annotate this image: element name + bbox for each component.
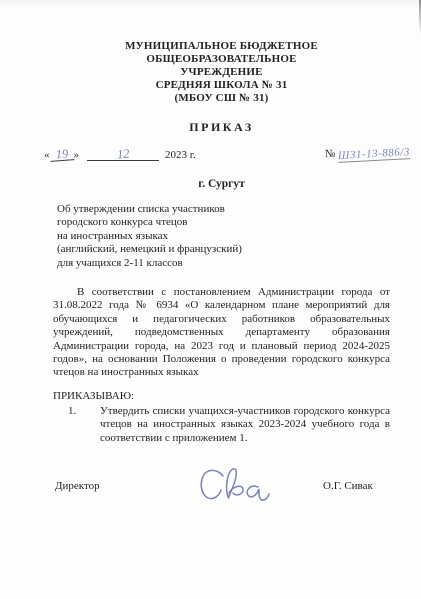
handwritten-signature (191, 460, 301, 518)
signer-role: Директор (55, 480, 100, 492)
org-name-line-3: СРЕДНЯЯ ШКОЛА № 31 (53, 79, 390, 92)
order-item-1: 1. Утвердить списки учащихся-участников … (53, 405, 390, 445)
order-item-number: 1. (53, 405, 100, 445)
open-quote: « (44, 149, 50, 161)
handwritten-month: 12 (116, 147, 130, 160)
signature-row: Директор О.Г. Сивак (53, 474, 390, 518)
subject-line-2: городского конкурса чтецов (57, 216, 390, 229)
year-label: 2023 г. (165, 149, 196, 161)
subject-line-4: (английский, немецкий и французский) (57, 243, 390, 256)
subject-block: Об утверждении списка участников городск… (57, 203, 390, 270)
handwritten-order-number: Ш31-13-886/3 (338, 146, 410, 163)
order-item-text: Утвердить списки учащихся-участников гор… (100, 405, 390, 445)
subject-line-3: на иностранных языках (57, 230, 390, 243)
number-sign: № (325, 148, 336, 160)
document-content: МУНИЦИПАЛЬНОЕ БЮДЖЕТНОЕ ОБЩЕОБРАЗОВАТЕЛЬ… (0, 0, 421, 518)
handwritten-day: 19 (49, 147, 74, 162)
month-blank: 12 (87, 148, 159, 161)
organization-header: МУНИЦИПАЛЬНОЕ БЮДЖЕТНОЕ ОБЩЕОБРАЗОВАТЕЛЬ… (53, 40, 390, 105)
subject-line-1: Об утверждении списка участников (57, 203, 390, 216)
org-name-line-4: (МБОУ СШ № 31) (53, 92, 390, 105)
subject-line-5: для учащихся 2-11 классов (57, 257, 390, 270)
order-heading: ПРИКАЗЫВАЮ: (53, 390, 390, 402)
org-name-line-1: МУНИЦИПАЛЬНОЕ БЮДЖЕТНОЕ ОБЩЕОБРАЗОВАТЕЛЬ… (53, 40, 390, 66)
signer-name: О.Г. Сивак (323, 480, 373, 492)
preamble-paragraph: В соответствии с постановлением Админист… (53, 286, 390, 380)
document-type-title: ПРИКАЗ (53, 120, 390, 135)
date-and-number-row: «19»122023 г. № Ш31-13-886/3 (44, 148, 390, 164)
city-line: г. Сургут (53, 178, 390, 190)
scanned-order-document: МУНИЦИПАЛЬНОЕ БЮДЖЕТНОЕ ОБЩЕОБРАЗОВАТЕЛЬ… (0, 0, 421, 599)
org-name-line-2: УЧРЕЖДЕНИЕ (53, 66, 390, 79)
order-number-group: № Ш31-13-886/3 (325, 148, 410, 161)
